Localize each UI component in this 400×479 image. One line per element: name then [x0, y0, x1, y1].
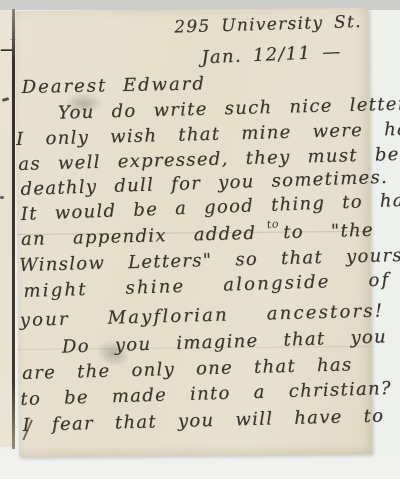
address-line: 295 University St.	[174, 12, 362, 38]
page-gap-shadow	[12, 9, 15, 449]
salutation-line: Dearest Edward	[21, 73, 206, 98]
ink-bleed-mark	[0, 196, 4, 199]
date-line: Jan. 12/11 —	[201, 41, 342, 68]
ink-bleed-mark	[2, 97, 10, 102]
letter-line: to be made into a christian?	[20, 378, 392, 410]
letter-line: I fear that you will have to	[22, 405, 384, 435]
letter-line: are the only one that has	[22, 354, 353, 384]
letter-line: an appendix added to "the	[21, 220, 374, 250]
scanned-letter-page: — 295 University St. Jan. 12/11 — Deares…	[0, 0, 400, 479]
margin-dash-mark: —	[0, 48, 9, 50]
inserted-word-above-line: to	[266, 217, 279, 231]
letter-line: Do you imagine that you	[62, 326, 388, 357]
letter-paper: 295 University St. Jan. 12/11 — Dearest …	[15, 8, 372, 457]
letter-line: You do write such nice letters!	[58, 93, 400, 124]
scan-bottom-area	[0, 456, 400, 479]
letter-line: your Mayflorian ancestors!	[19, 300, 384, 331]
